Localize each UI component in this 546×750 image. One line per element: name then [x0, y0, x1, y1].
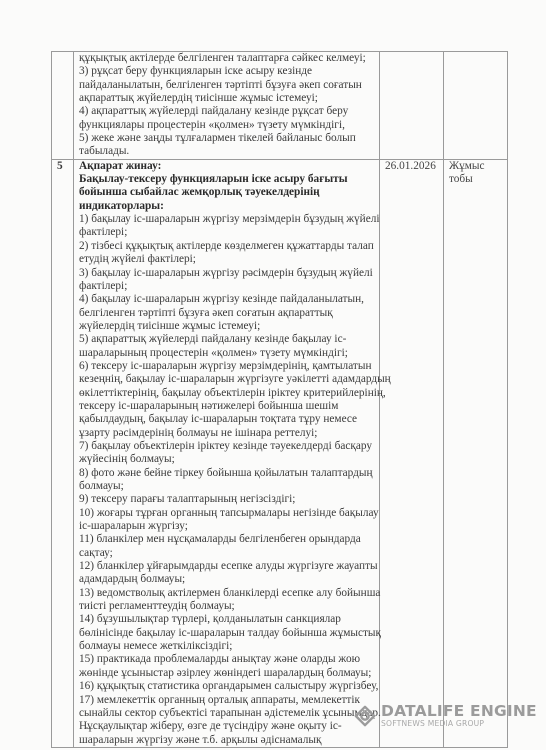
- description-line: белгіленген тәртіпті бұзуға әкеп соғатын…: [79, 307, 375, 320]
- document-page: құқықтық актілерде белгіленген талаптарғ…: [0, 0, 546, 750]
- description-line: 3) рұқсат беру функцияларын іске асыру к…: [79, 65, 375, 78]
- description-line: шараларының процестерін «қолмен» түзету …: [79, 347, 375, 360]
- description-line: 2) тізбесі құқықтық актілерде көзделмеге…: [79, 240, 375, 253]
- description-line: өкілеттіктерінің, бақылау объектілерін і…: [79, 387, 375, 400]
- row-date: [380, 52, 444, 160]
- description-line: бөлінісінде бақылау іс-шараларын талдау …: [79, 627, 375, 640]
- scan-speck: [86, 727, 88, 729]
- description-line: 11) бланкілер мен нұсқамаларды белгіленб…: [79, 533, 375, 546]
- description-line: ұзарту рәсімдерінің болмауы не ішінара р…: [79, 427, 375, 440]
- description-line: адамдардың болмауы;: [79, 573, 375, 586]
- description-line: қабылдаудың, бақылау іс-шараларын тоқтат…: [79, 413, 375, 426]
- description-line: сақтау;: [79, 547, 375, 560]
- description-line: іс-шараларын жүргізу;: [79, 520, 375, 533]
- table-row: құқықтық актілерде белгіленген талаптарғ…: [52, 52, 508, 160]
- description-line: 3) бақылау іс-шараларын жүргізу рәсімдер…: [79, 267, 375, 280]
- row-responsible: [444, 52, 508, 160]
- description-line: Нұсқаулықтар жіберу, өзге де түсіндіру ж…: [79, 720, 375, 733]
- description-line: 15) практикада проблемаларды анықтау жән…: [79, 653, 375, 666]
- description-line: құқықтық актілерде белгіленген талаптарғ…: [79, 52, 375, 65]
- row-number: [52, 52, 74, 160]
- responsible-line: Жұмыс: [449, 160, 503, 173]
- description-line: етудің жүйелі фактілері;: [79, 253, 375, 266]
- description-line: табылады.: [79, 145, 375, 158]
- watermark-subtitle: SOFTNEWS MEDIA GROUP: [381, 719, 537, 728]
- description-line: функциялары процестерін «қолмен» түзету …: [79, 119, 375, 132]
- description-line: 9) тексеру парағы талаптарының негізсізд…: [79, 493, 375, 506]
- description-line: кезеңнің, бақылау іс-шараларын жүргізуге…: [79, 373, 375, 386]
- description-line: жөнінде ұсыныстар әзірлеу жөніндегі шара…: [79, 667, 375, 680]
- description-line: 14) бұзушылықтар түрлері, қолданылатын с…: [79, 613, 375, 626]
- description-line: болмауы;: [79, 480, 375, 493]
- watermark-logo: DATALIFE ENGINE SOFTNEWS MEDIA GROUP: [354, 703, 537, 728]
- description-line: пайдаланылатын, белгіленген тәртіпті бұз…: [79, 79, 375, 92]
- row-description: құқықтық актілерде белгіленген талаптарғ…: [74, 52, 380, 160]
- description-line: 4) бақылау іс-шараларын жүргізу кезінде …: [79, 293, 375, 306]
- row-number: 5: [52, 159, 74, 747]
- description-line: 6) тексеру іс-шараларын жүргізу мерзімде…: [79, 360, 375, 373]
- row-date: 26.01.2026: [380, 159, 444, 747]
- description-line: жүйелердің тиісінше жұмыс істемеуі;: [79, 320, 375, 333]
- description-line: 13) ведомстволық актілермен бланкілерді …: [79, 587, 375, 600]
- description-heading-line: бойынша сыбайлас жемқорлық тәуекелдеріні…: [79, 186, 375, 199]
- datalife-engine-logo-icon: [354, 705, 376, 727]
- description-line: 7) бақылау объектілерін іріктеу кезінде …: [79, 440, 375, 453]
- description-line: фактілері;: [79, 280, 375, 293]
- description-line: 17) мемлекеттік органның орталық аппарат…: [79, 694, 375, 707]
- description-line: тексеру іс-шараларының нәтижелері бойынш…: [79, 400, 375, 413]
- description-line: 5) жеке және заңды тұлғалармен тікелей б…: [79, 132, 375, 145]
- description-line: болмауы немесе жеткіліксіздігі;: [79, 640, 375, 653]
- description-line: 8) фото және бейне тіркеу бойынша қойыла…: [79, 467, 375, 480]
- description-line: 1) бақылау іс-шараларын жүргізу мерзімде…: [79, 213, 375, 226]
- description-line: 16) құқықтық статистика органдарымен сал…: [79, 680, 375, 693]
- description-heading-line: индикаторлары:: [79, 200, 375, 213]
- watermark-title: DATALIFE ENGINE: [381, 703, 537, 719]
- description-line: 5) ақпараттық жүйелерді пайдалану кезінд…: [79, 333, 375, 346]
- row-responsible: Жұмыстобы: [444, 159, 508, 747]
- description-line: жүйесінің болмауы;: [79, 453, 375, 466]
- row-description: Ақпарат жинау:Бақылау-тексеру функциялар…: [74, 159, 380, 747]
- description-line: тиісті регламенттеудің болмауы;: [79, 600, 375, 613]
- description-line: ақпараттық жүйелердің тиісінше жұмыс іст…: [79, 92, 375, 105]
- description-line: сынайлы сектор субъектісі тарапынан әдіс…: [79, 707, 375, 720]
- responsible-line: тобы: [449, 173, 503, 186]
- description-line: фактілері;: [79, 226, 375, 239]
- description-line: 10) жоғары тұрған органның тапсырмалары …: [79, 507, 375, 520]
- action-plan-table: құқықтық актілерде белгіленген талаптарғ…: [51, 51, 508, 748]
- table-row: 5 Ақпарат жинау:Бақылау-тексеру функциял…: [52, 159, 508, 747]
- description-line: 4) ақпараттық жүйелерді пайдалану кезінд…: [79, 105, 375, 118]
- description-line: шараларын жүргізу және т.б. арқылы әдісн…: [79, 734, 375, 747]
- description-line: 12) бланкілер ұйғарымдарды есепке алуды …: [79, 560, 375, 573]
- description-heading-line: Бақылау-тексеру функцияларын іске асыру …: [79, 173, 375, 186]
- description-heading-line: Ақпарат жинау:: [79, 160, 375, 173]
